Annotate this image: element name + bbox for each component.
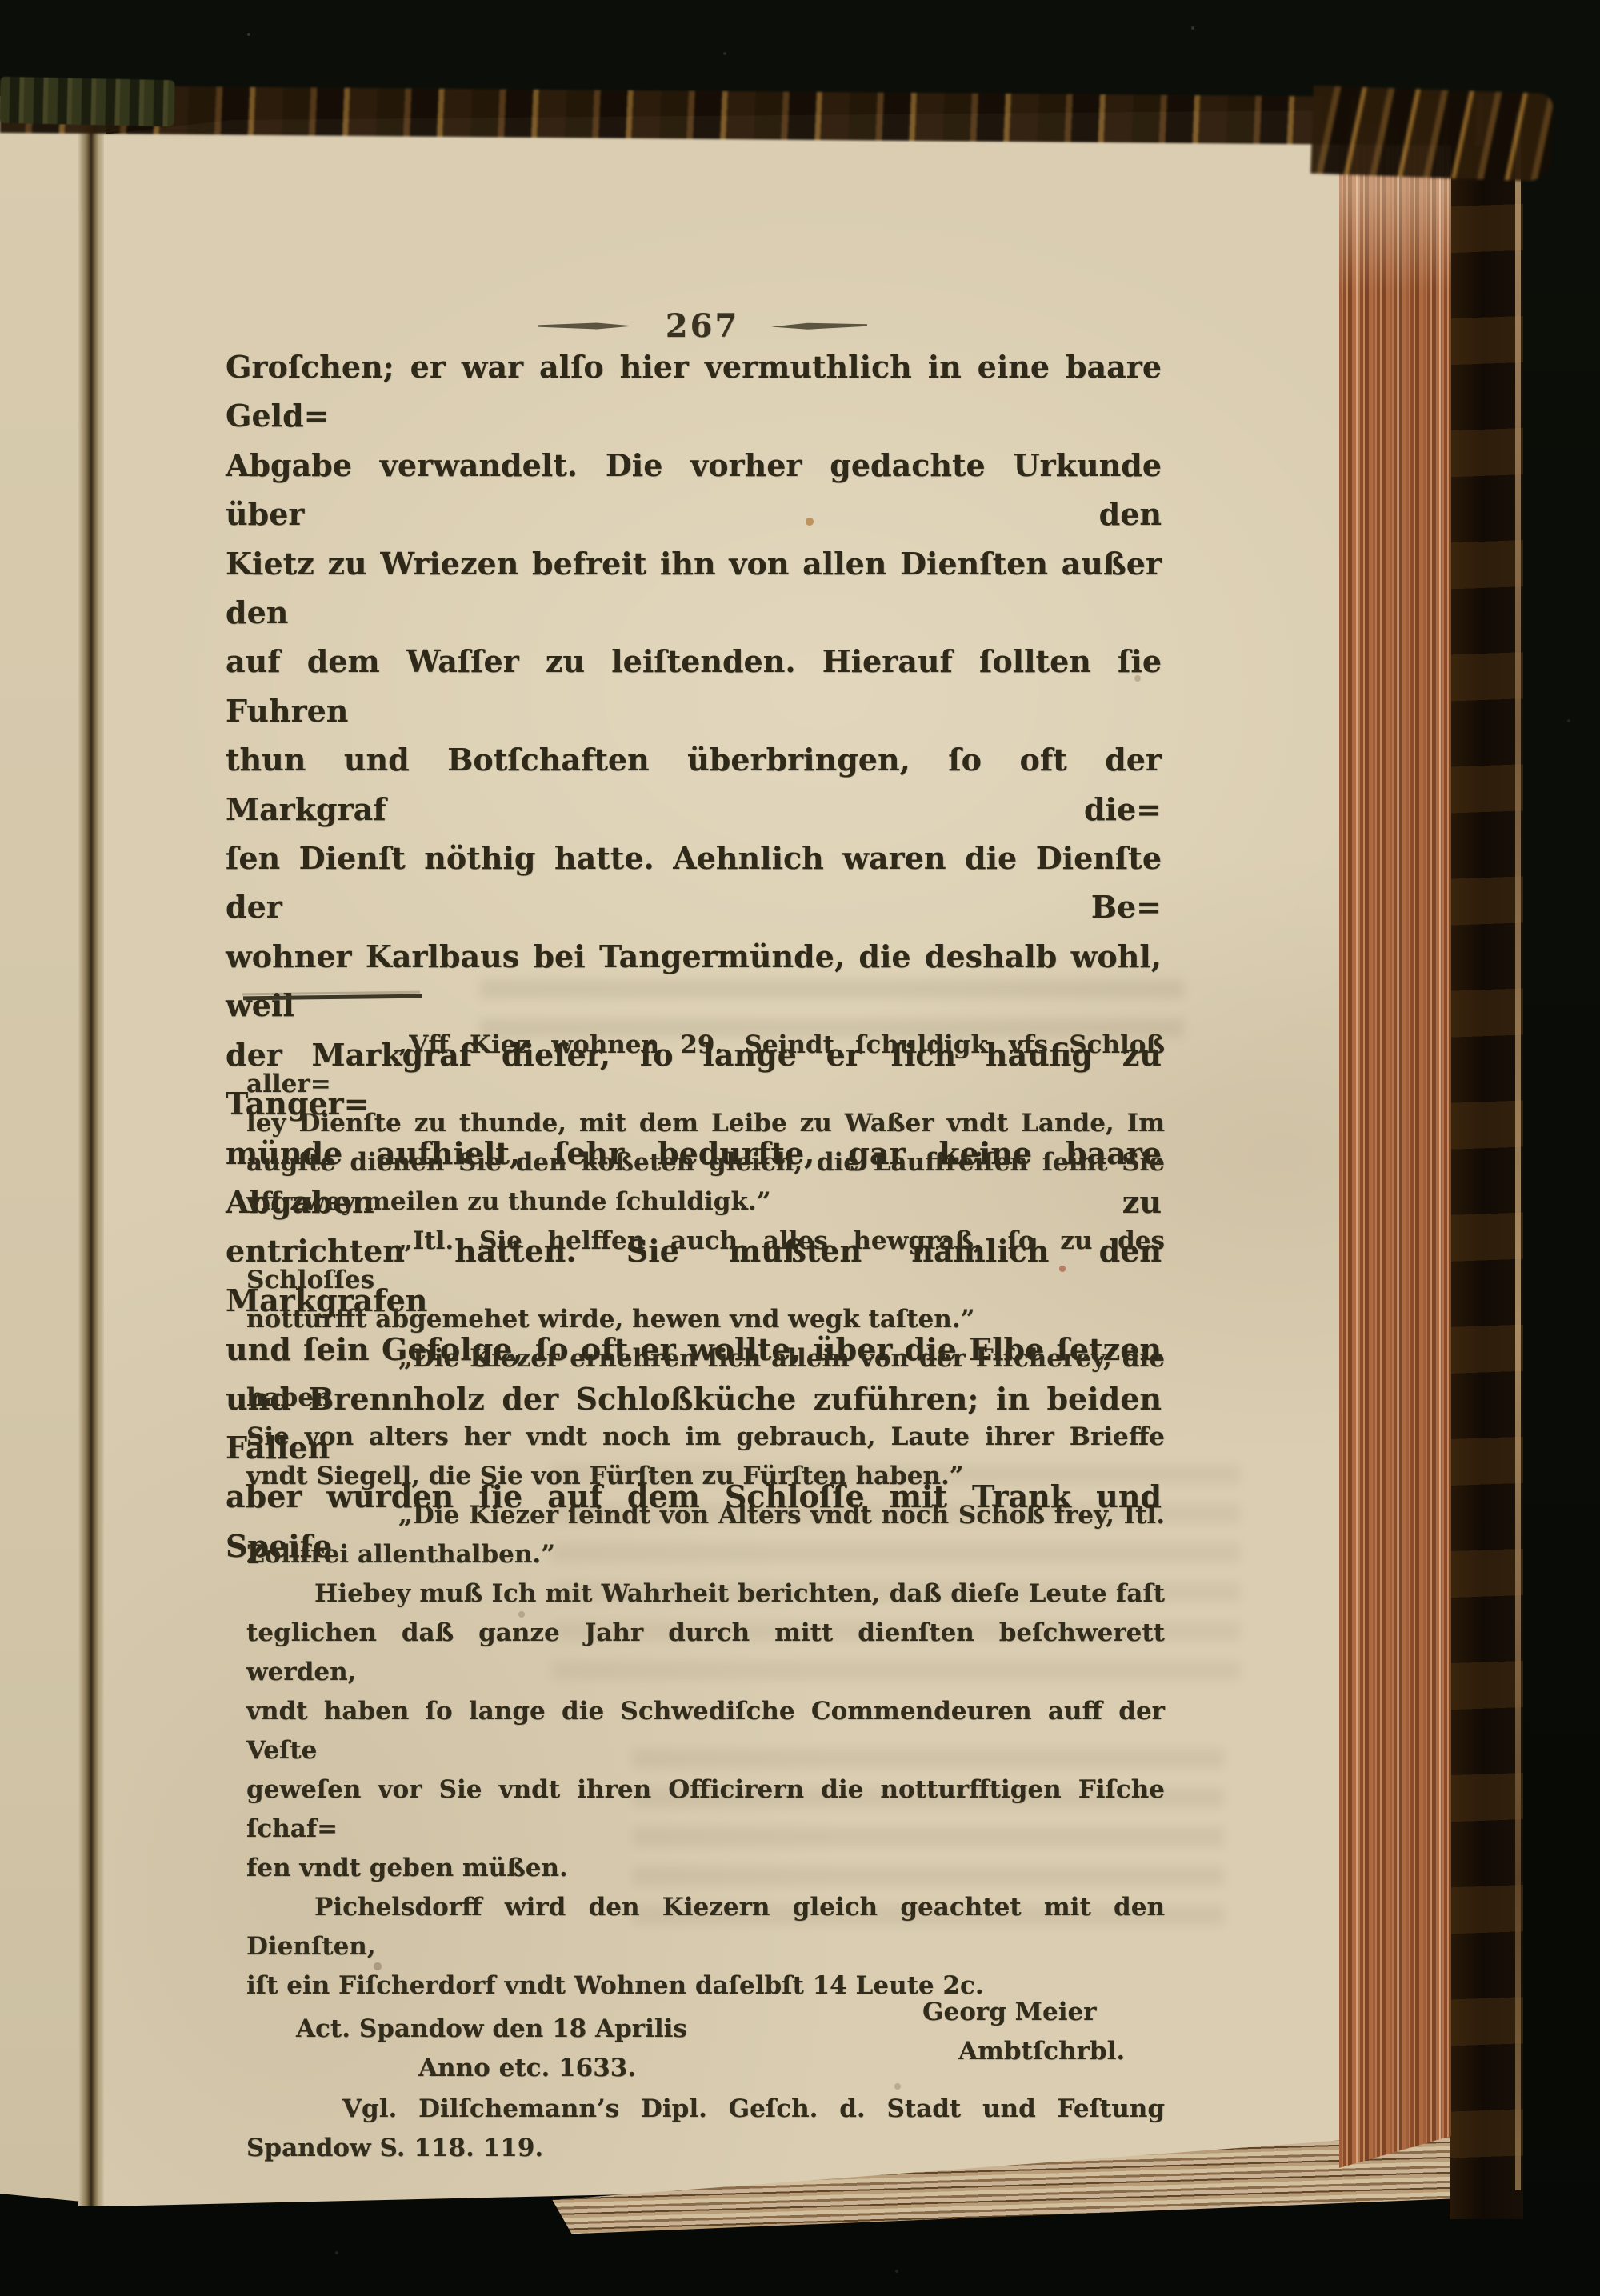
book-cover-edge <box>1450 94 1523 2219</box>
footnote-paragraph: „Die Kiezer ſeindt von Alters vndt noch … <box>246 1496 1165 1574</box>
footnote-line: geweſen vor Sie vndt ihren Officirern di… <box>246 1770 1165 1849</box>
gutter-shadow <box>78 93 106 2206</box>
footnotes-block: „Vff Kiez wohnen 29. Seindt ſchuldigk vf… <box>246 1026 1165 2168</box>
footnote-line: vff zwey meilen zu thunde ſchuldigk.” <box>246 1182 1165 1222</box>
footnote-line: „Itl. Sie helffen auch alles hewgraß, ſo… <box>246 1222 1165 1300</box>
footnote-line: „Die Kiezer ernehren ſich allein von der… <box>246 1339 1165 1418</box>
footnote-line: vndt haben ſo lange die Schwediſche Comm… <box>246 1692 1165 1770</box>
footnote-line: Zollfrei allenthalben.” <box>246 1535 1165 1574</box>
footnote-paragraph: „Itl. Sie helffen auch alles hewgraß, ſo… <box>246 1222 1165 1339</box>
header-dash-left <box>538 322 634 330</box>
text-line: Abgabe verwandelt. Die vorher gedachte U… <box>226 441 1162 539</box>
footnote-line: teglichen daß ganze Jahr durch mitt dien… <box>246 1614 1165 1692</box>
footnote-paragraphs: „Vff Kiez wohnen 29. Seindt ſchuldigk vf… <box>246 1026 1165 2006</box>
footnote-paragraph: „Die Kiezer ernehren ſich allein von der… <box>246 1339 1165 1496</box>
footnote-line: Hiebey muß Ich mit Wahrheit berichten, d… <box>246 1574 1165 1614</box>
footnote-line: augſte dienen Sie den koßeten gleich, di… <box>246 1143 1165 1182</box>
text-line: Groſchen; er war alſo hier vermuthlich i… <box>226 342 1162 441</box>
footnote-line: vndt Siegell, die Sie von Fürſten zu Für… <box>246 1457 1165 1496</box>
header-dash-right <box>771 322 867 330</box>
book-headband <box>0 77 175 127</box>
footnote-paragraph: Vgl. Dilſchemann’s Dipl. Geſch. d. Stadt… <box>246 2090 1165 2168</box>
page-number: 267 <box>666 307 740 345</box>
footnote-line: Spandow S. 118. 119. <box>246 2129 1165 2168</box>
dust-specks <box>0 0 2 2</box>
text-line: Kietz zu Wriezen befreit ihn von allen D… <box>226 539 1162 638</box>
signature: Georg Meier Ambtſchrbl. <box>922 1993 1125 2071</box>
text-line: auf dem Waſſer zu leiſtenden. Hierauf ſo… <box>226 637 1162 735</box>
footnote-paragraph: Hiebey muß Ich mit Wahrheit berichten, d… <box>246 1574 1165 1888</box>
footnote-line: notturfft abgemehet wirde, hewen vnd weg… <box>246 1300 1165 1339</box>
facing-page-edge <box>0 93 82 2206</box>
footnote-paragraph: „Vff Kiez wohnen 29. Seindt ſchuldigk vf… <box>246 1026 1165 1222</box>
attestation-block: Act. Spandow den 18 Aprilis Anno etc. 16… <box>246 2010 1165 2090</box>
text-line: ſen Dienſt nöthig hatte. Aehnlich waren … <box>226 834 1162 932</box>
footnote-line: „Vff Kiez wohnen 29. Seindt ſchuldigk vf… <box>246 1026 1165 1104</box>
reference-paragraph: Vgl. Dilſchemann’s Dipl. Geſch. d. Stadt… <box>246 2090 1165 2168</box>
footnote-line: „Die Kiezer ſeindt von Alters vndt noch … <box>246 1496 1165 1535</box>
cover-edge-highlight <box>1515 112 1521 2190</box>
footnote-paragraph: Pichelsdorff wird den Kiezern gleich gea… <box>246 1888 1165 2006</box>
book-scan-photo: 267 Groſchen; er war alſo hier vermuthli… <box>0 0 1600 2296</box>
page-header: 267 <box>342 307 1062 345</box>
text-line: thun und Botſchaften überbringen, ſo oft… <box>226 735 1162 834</box>
footnote-line: Vgl. Dilſchemann’s Dipl. Geſch. d. Stadt… <box>246 2090 1165 2129</box>
text-line: wohner Karlbaus bei Tangermünde, die des… <box>226 932 1162 1030</box>
signature-title: Ambtſchrbl. <box>958 2032 1125 2071</box>
cover-corner <box>1310 86 1554 182</box>
footnote-line: Pichelsdorff wird den Kiezern gleich gea… <box>246 1888 1165 1966</box>
footnote-line: Sie von alters her vndt noch im gebrauch… <box>246 1418 1165 1457</box>
book-page: 267 Groſchen; er war alſo hier vermuthli… <box>104 101 1341 2208</box>
footnote-line: ley Dienſte zu thunde, mit dem Leibe zu … <box>246 1104 1165 1143</box>
page-fore-edge <box>1339 117 1451 2168</box>
signature-name: Georg Meier <box>922 1993 1125 2032</box>
footnote-line: fen vndt geben müßen. <box>246 1849 1165 1888</box>
